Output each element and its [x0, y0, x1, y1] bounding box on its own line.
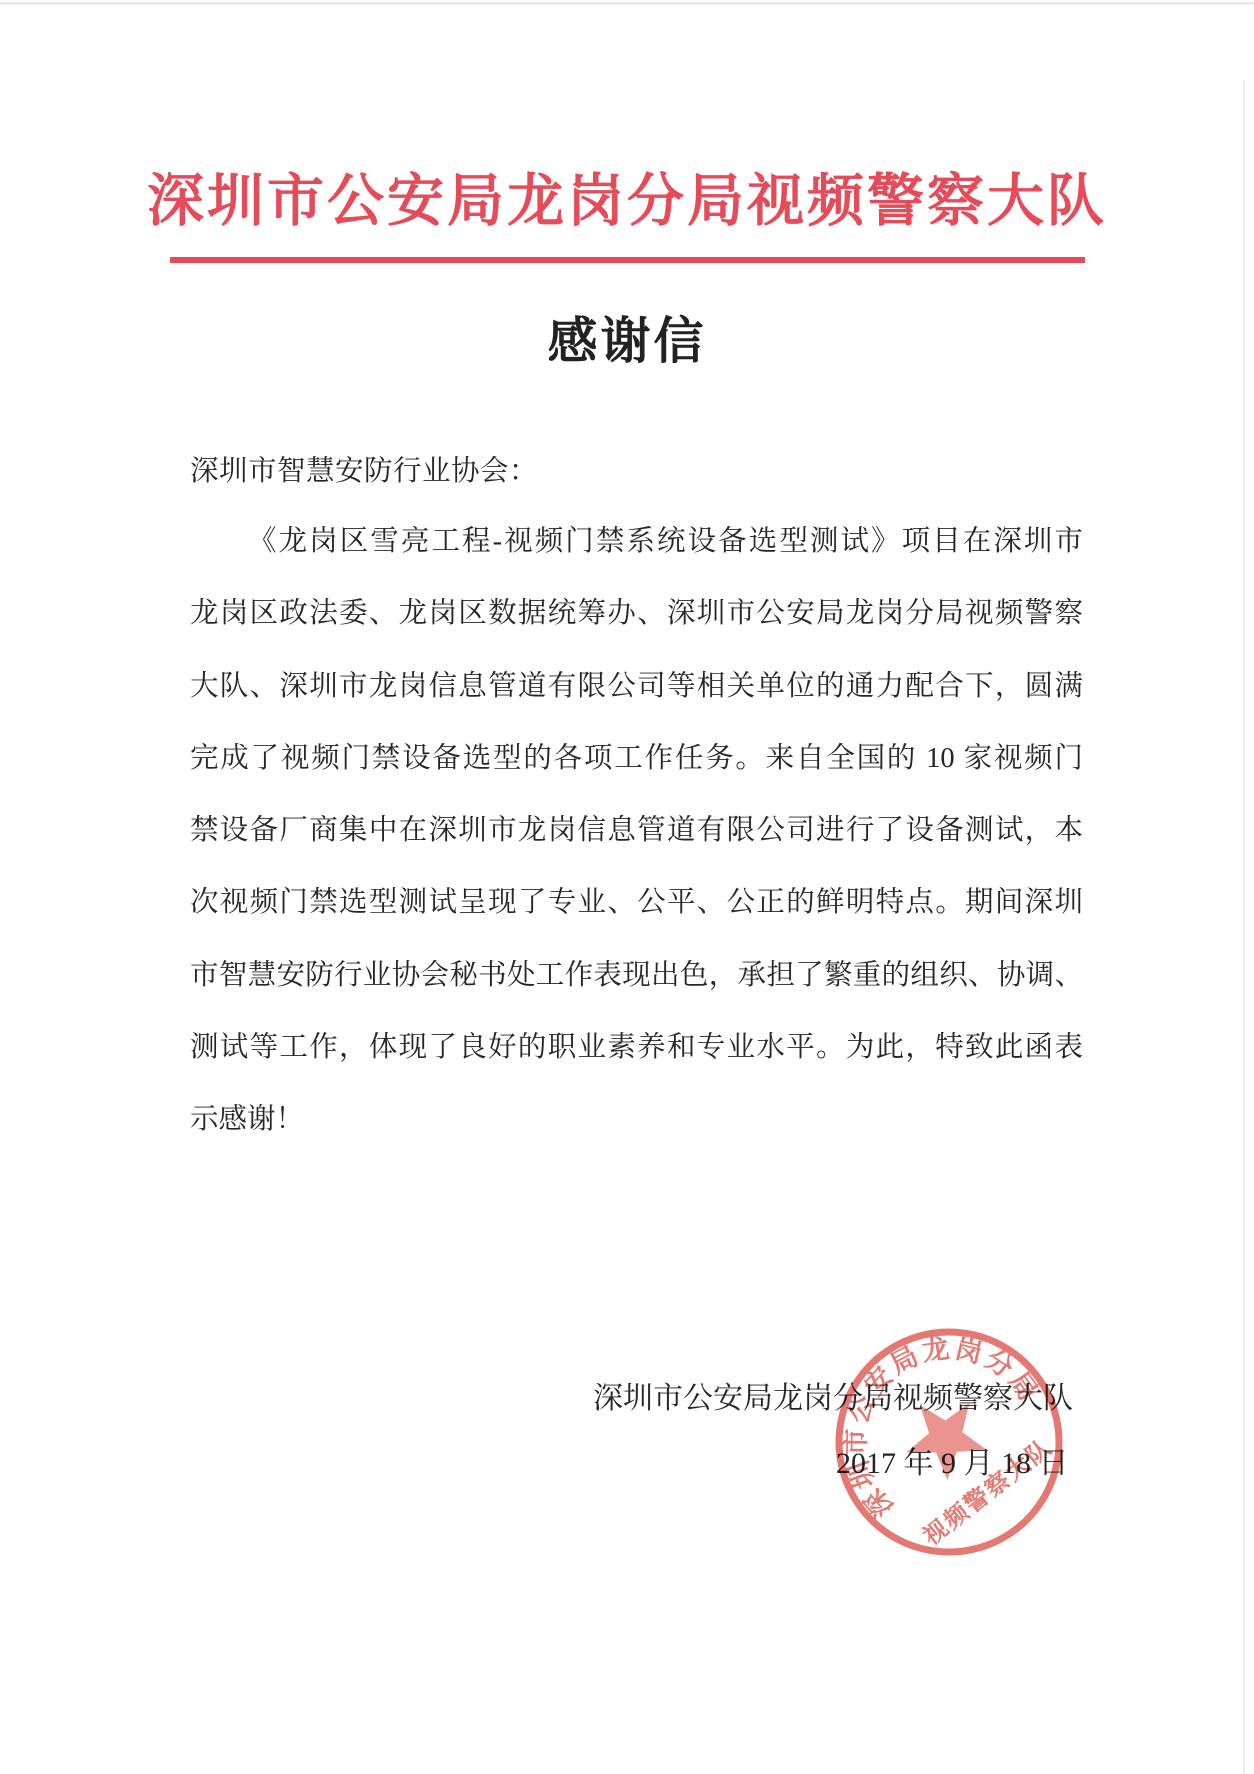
body-line: 市智慧安防行业协会秘书处工作表现出色，承担了繁重的组织、协调、 [190, 940, 1083, 1012]
body-line: 大队、深圳市龙岗信息管道有限公司等相关单位的通力配合下，圆满 [190, 651, 1083, 723]
body-line: 禁设备厂商集中在深圳市龙岗信息管道有限公司进行了设备测试，本 [190, 795, 1083, 867]
document-title: 感谢信 [0, 311, 1254, 371]
scan-artifact-top-edge [0, 2, 1254, 5]
body-line: 测试等工作，体现了良好的职业素养和专业水平。为此，特致此函表 [190, 1012, 1083, 1084]
official-seal: 深圳市公安局龙岗分局 视频警察大队 [824, 1317, 1074, 1567]
letterhead-rule [170, 257, 1085, 263]
star-icon [889, 1380, 999, 1489]
body-line: 示感谢！ [190, 1084, 1083, 1156]
body-paragraph: 《龙岗区雪亮工程-视频门禁系统设备选型测试》项目在深圳市 龙岗区政法委、龙岗区数… [190, 506, 1083, 1157]
letterhead-title: 深圳市公安局龙岗分局视频警察大队 [0, 166, 1254, 238]
salutation: 深圳市智慧安防行业协会： [190, 454, 538, 490]
body-line: 《龙岗区雪亮工程-视频门禁系统设备选型测试》项目在深圳市 [190, 506, 1083, 578]
scanned-letter-page: 深圳市公安局龙岗分局视频警察大队 感谢信 深圳市智慧安防行业协会： 《龙岗区雪亮… [0, 0, 1254, 1774]
body-line: 完成了视频门禁设备选型的各项工作任务。来自全国的 10 家视频门 [190, 723, 1083, 795]
body-line: 次视频门禁选型测试呈现了专业、公平、公正的鲜明特点。期间深圳 [190, 867, 1083, 939]
body-line: 龙岗区政法委、龙岗区数据统筹办、深圳市公安局龙岗分局视频警察 [190, 578, 1083, 650]
